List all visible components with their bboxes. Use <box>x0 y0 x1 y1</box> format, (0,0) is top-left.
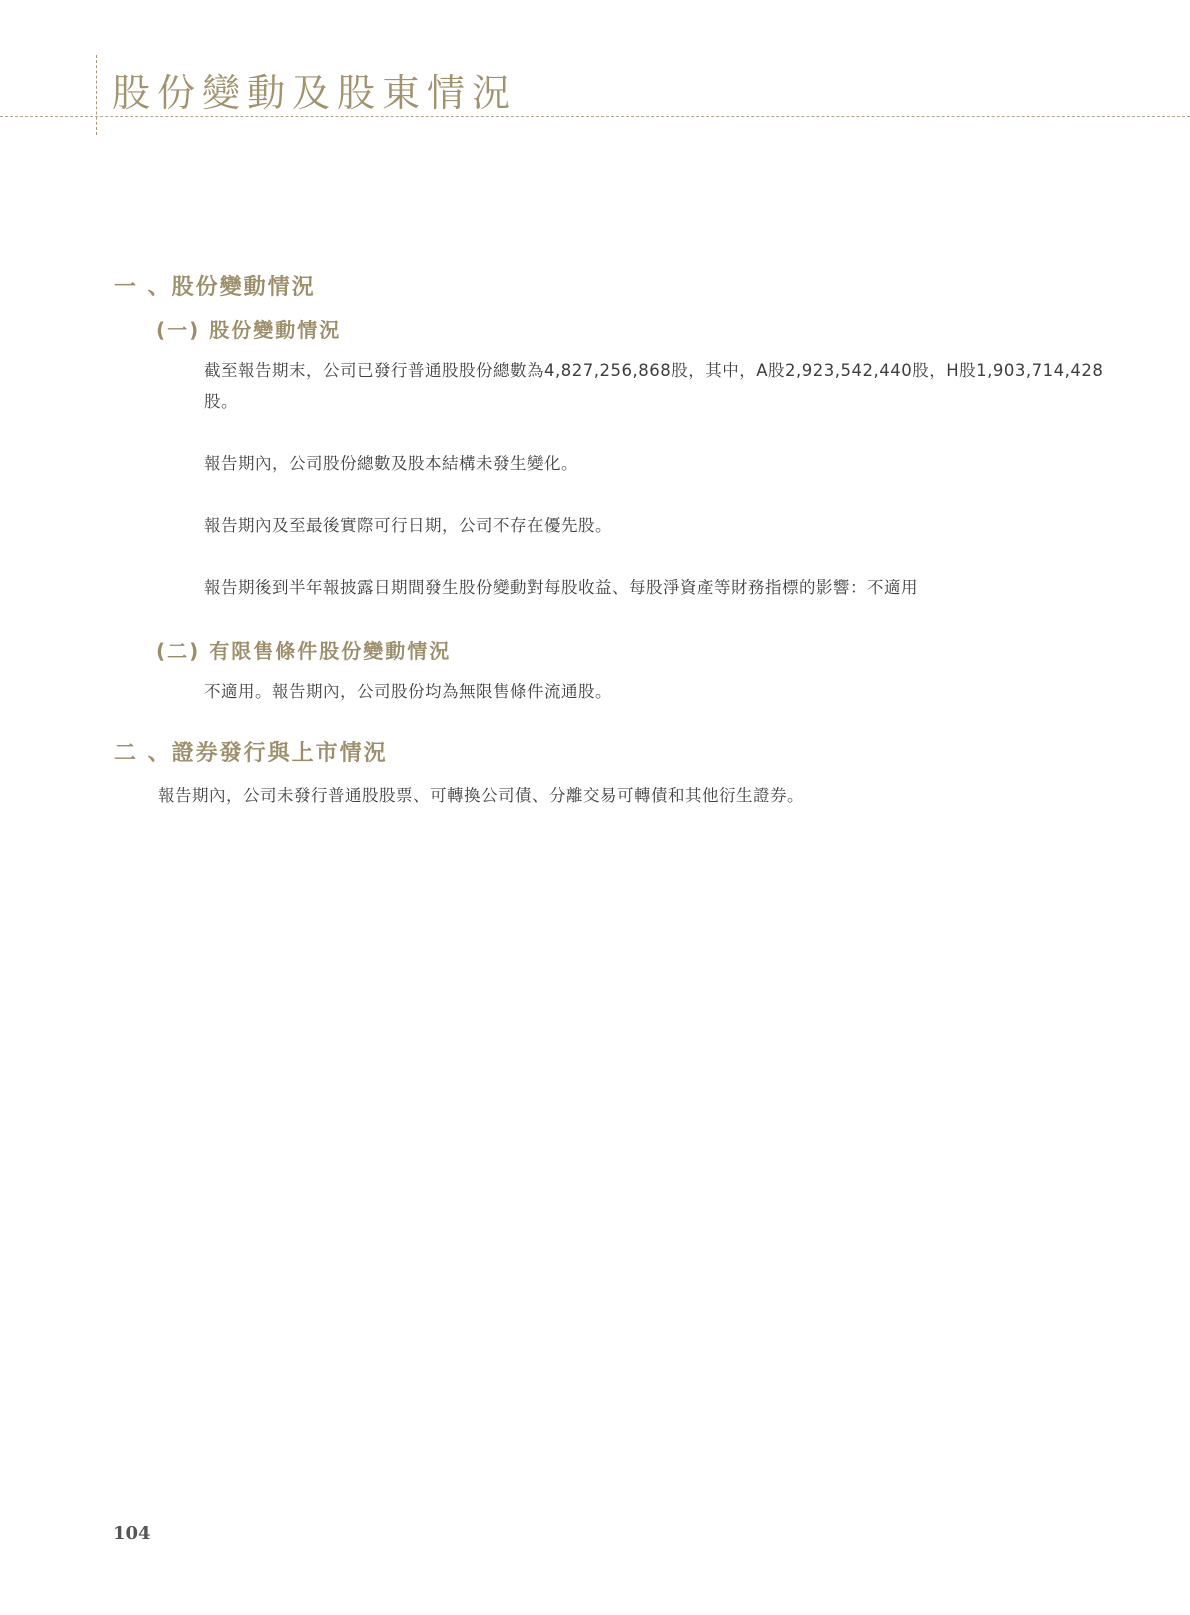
section-heading-securities-issuance: 二 、證券發行與上市情況 <box>114 736 388 767</box>
paragraph-securities-issuance: 報告期內，公司未發行普通股股票、可轉換公司債、分離交易可轉債和其他衍生證券。 <box>158 780 1108 811</box>
paragraph-restricted-shares: 不適用。報告期內，公司股份均為無限售條件流通股。 <box>204 676 1104 707</box>
paragraph-total-shares: 截至報告期末，公司已發行普通股股份總數為4,827,256,868股，其中，A股… <box>204 355 1104 417</box>
page-number: 104 <box>113 1523 151 1544</box>
subsection-heading-restricted-shares: (二) 有限售條件股份變動情況 <box>156 635 451 664</box>
subsection-heading-share-changes: (一) 股份變動情況 <box>156 314 341 343</box>
title-vertical-divider <box>96 55 97 135</box>
paragraph-no-preferred-shares: 報告期內及至最後實際可行日期，公司不存在優先股。 <box>204 510 1104 541</box>
page-title: 股份變動及股東情況 <box>112 62 517 117</box>
section-heading-share-changes: 一 、股份變動情況 <box>114 270 316 301</box>
paragraph-post-period-impact: 報告期後到半年報披露日期間發生股份變動對每股收益、每股淨資產等財務指標的影響：不… <box>204 572 1104 603</box>
paragraph-no-structure-change: 報告期內，公司股份總數及股本結構未發生變化。 <box>204 448 1104 479</box>
